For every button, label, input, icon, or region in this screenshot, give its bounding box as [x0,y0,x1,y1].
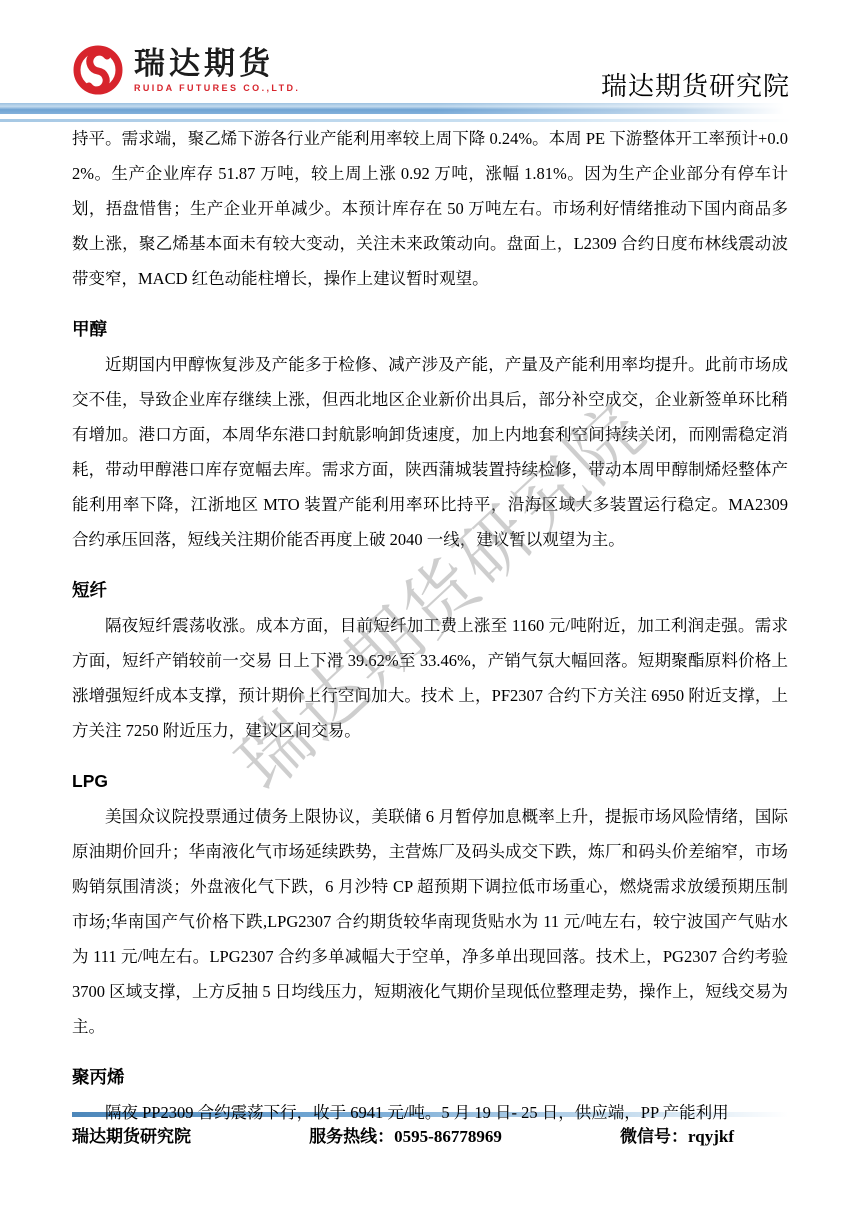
paragraph-polypropylene: 隔夜 PP2309 合约震荡下行，收于 6941 元/吨。5 月 19 日- 2… [72,1095,788,1130]
company-logo: 瑞达期货 RUIDA FUTURES CO.,LTD. [70,42,300,98]
header-institute-title: 瑞达期货研究院 [601,66,790,103]
logo-text: 瑞达期货 RUIDA FUTURES CO.,LTD. [134,47,300,93]
brand-name-cn: 瑞达期货 [134,47,300,81]
paragraph-polyethylene-continuation: 持平。需求端，聚乙烯下游各行业产能利用率较上周下降 0.24%。本周 PE 下游… [72,121,788,296]
report-body: 持平。需求端，聚乙烯下游各行业产能利用率较上周下降 0.24%。本周 PE 下游… [72,121,788,1130]
paragraph-staple-fiber: 隔夜短纤震荡收涨。成本方面，目前短纤加工费上涨至 1160 元/吨附近，加工利润… [72,608,788,748]
paragraph-lpg: 美国众议院投票通过债务上限协议，美联储 6 月暂停加息概率上升，提振市场风险情绪… [72,799,788,1044]
report-page: 瑞达期货 RUIDA FUTURES CO.,LTD. 瑞达期货研究院 瑞达期货… [0,0,860,1217]
section-heading-lpg: LPG [72,764,788,799]
section-heading-staple-fiber: 短纤 [72,573,788,608]
header-divider-bar [0,103,792,114]
section-heading-polypropylene: 聚丙烯 [72,1060,788,1095]
paragraph-methanol: 近期国内甲醇恢复涉及产能多于检修、减产涉及产能，产量及产能利用率均提升。此前市场… [72,347,788,557]
ruida-logo-icon [70,42,126,98]
brand-name-en: RUIDA FUTURES CO.,LTD. [134,83,300,93]
section-heading-methanol: 甲醇 [72,312,788,347]
